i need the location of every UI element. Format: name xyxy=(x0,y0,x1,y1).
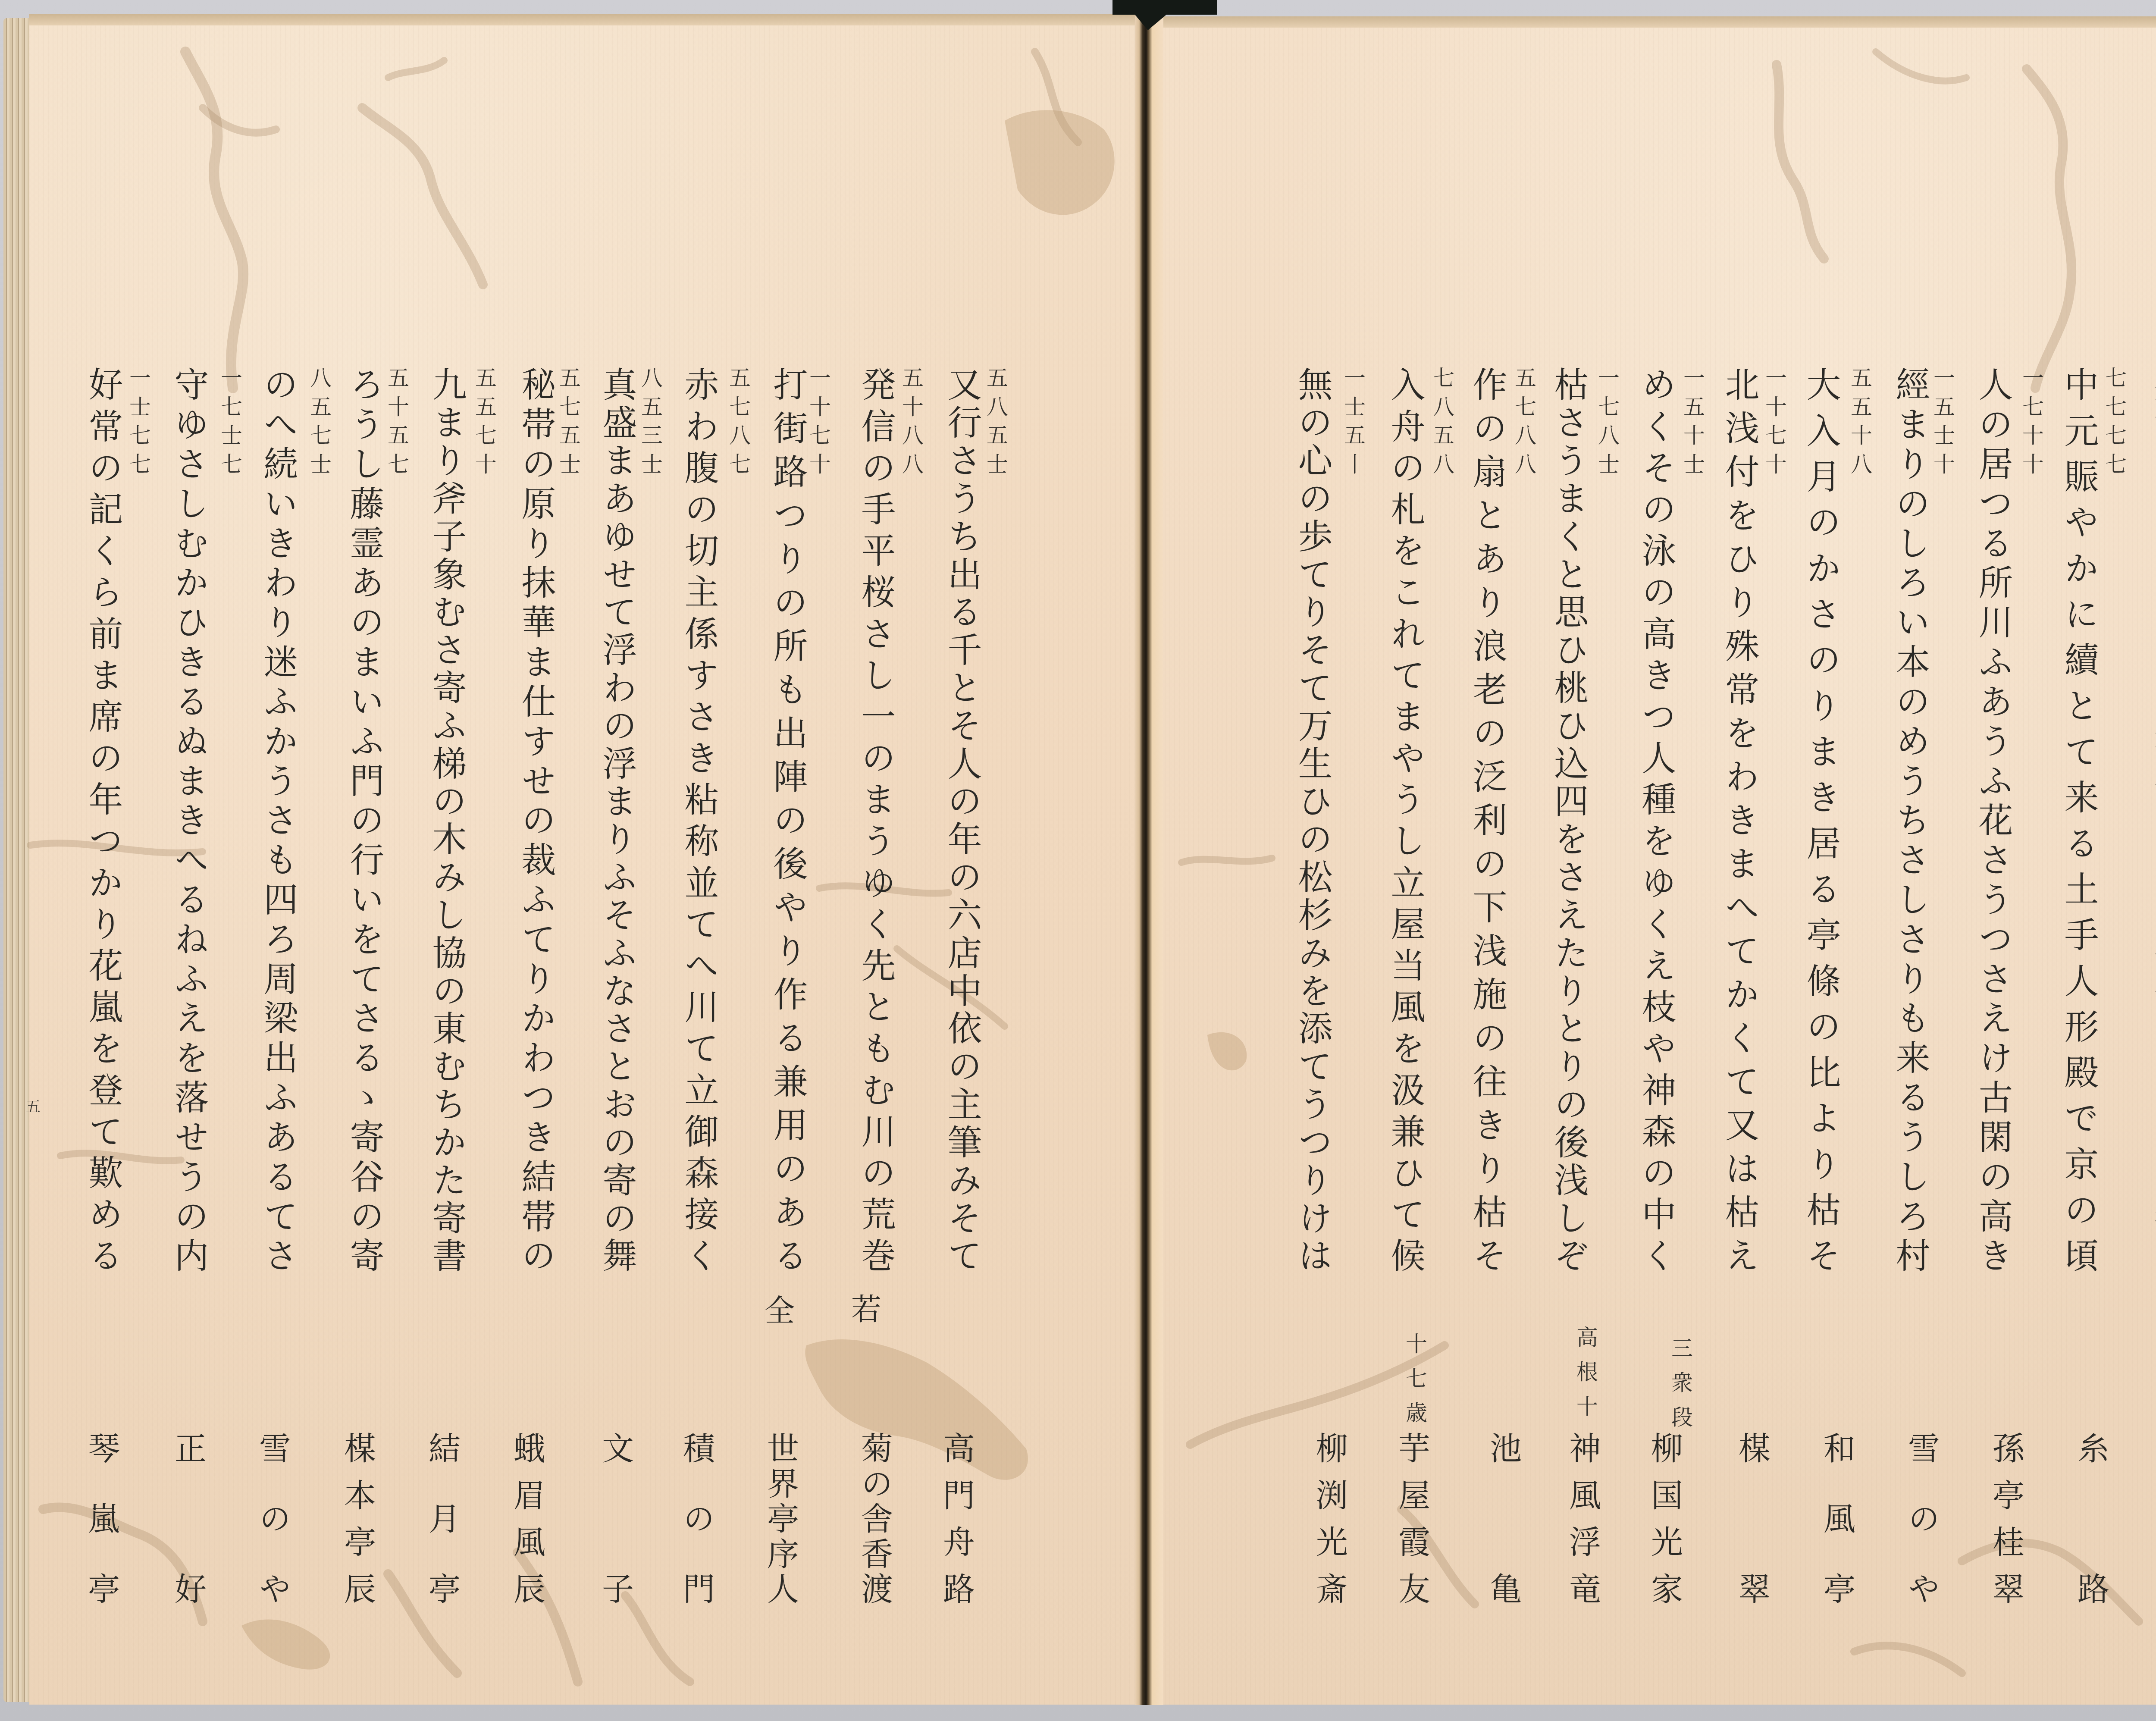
verse-column: 真盛まあゆせて浮わの浮まりふそふなさとおの寄の舞 xyxy=(589,367,645,1272)
author-name: 神風浮竜 xyxy=(1559,1432,1606,1604)
verse-column: 經まりのしろい本のめうちさしさりも来るうしろ村 xyxy=(1882,367,1938,1272)
author-name: 孫亭桂翠 xyxy=(1982,1432,2030,1604)
verse-column: 人の居つる所川ふあうふ花さうつさえけ古閑の高き xyxy=(1965,367,2021,1272)
verse-column: 秘帯の原り抹華ま仕すせの裁ふてりかわつき結帯の xyxy=(508,367,564,1272)
author-name: 文子 xyxy=(592,1432,639,1604)
author-name: 蛾眉風辰 xyxy=(503,1432,551,1604)
score-marks: 一士五丨 xyxy=(1338,367,1368,474)
verse-column: 判官よきりつゝたこ游半へ出て扇上へうつきこ参る xyxy=(2140,367,2156,1272)
author-name: 糸路 xyxy=(2067,1432,2115,1604)
score-marks: 五五十八 xyxy=(1845,367,1875,474)
score-marks: 五七八七 xyxy=(723,367,753,474)
score-marks: 一七十十 xyxy=(2016,367,2046,474)
author-note: 三衆段 xyxy=(1667,1337,1693,1427)
book-gutter xyxy=(1135,16,1163,1705)
verse-column: 打街路つりの所も出陣の後やり作る兼用のある xyxy=(759,367,815,1272)
author-name: 高門舟路 xyxy=(933,1432,980,1604)
verse-column: 守ゆさしむかひきるぬまきへるねふえを落せうの内 xyxy=(160,367,216,1272)
author-name: 世界亭序人 xyxy=(757,1432,804,1604)
verse-column: 北浅付をひり殊常をわきまへてかくて又は枯え xyxy=(1711,367,1767,1272)
verse-column: 枯さうまくと思ひ桃ひ込四をさえたりとりの後浅しぞ xyxy=(1540,367,1596,1272)
left-page: 五 五八五士 又行さうち出る千とそ人の年の六店中依の主筆みそて 五十八八 発信の… xyxy=(29,14,1138,1705)
author-name: 柳国光家 xyxy=(1641,1432,1688,1604)
left-page-edge-stack xyxy=(3,18,30,1702)
author-name: 琴嵐亭 xyxy=(78,1432,125,1604)
score-marks: 一七八士 xyxy=(1592,367,1622,474)
verse-column: 発信の手平桜さし一のまうゆく先ともむ川の荒巻 xyxy=(847,367,903,1272)
verse-column: 大入月のかさのりまき居る亭條の比より枯そ xyxy=(1792,367,1849,1272)
verse-column: 九まり斧子象むさ寄ふ梯の木みし協の東むちかた寄書 xyxy=(418,367,474,1272)
grade-mark: 若 xyxy=(849,1292,884,1327)
author-name: 楳本亭辰 xyxy=(334,1432,381,1604)
score-marks: 八五七士 xyxy=(304,367,334,474)
author-name: 菊の舎香渡 xyxy=(851,1432,898,1604)
verse-column: ろうし藤霊あのまいふ門の行いをてさるゝ寄谷の寄 xyxy=(336,367,392,1272)
author-name: 楳翠 xyxy=(1728,1432,1776,1604)
author-name: 和風亭 xyxy=(1813,1432,1861,1604)
verse-column: 中元賑やかに續とて来る土手人形殿で京の頃 xyxy=(2050,367,2106,1272)
verse-column: 入舟の札をこれてまやうし立屋当風を汲兼ひて候 xyxy=(1377,367,1433,1272)
grade-mark: 全 xyxy=(762,1294,797,1328)
author-name: 池亀 xyxy=(1479,1432,1527,1604)
verse-column: 無の心の歩てりそて万生ひの松杉みを添てうつりけは xyxy=(1284,367,1340,1272)
verse-column: めくその泳の高きつ人種をゆくえ枝や神森の中く xyxy=(1628,367,1684,1272)
author-note: 高根十 xyxy=(1573,1326,1598,1417)
author-name: 雪のや xyxy=(249,1432,296,1604)
verse-column: のへ続いきわり迷ふかうさも四ろ周梁出ふあるてさ xyxy=(250,367,306,1272)
score-marks: 一七士七 xyxy=(215,367,245,474)
author-name: 雪のや xyxy=(1898,1432,1945,1604)
author-name: 正好 xyxy=(164,1432,212,1604)
author-name: 結月亭 xyxy=(418,1432,466,1604)
author-name: 積の門 xyxy=(673,1432,720,1604)
author-name: 芋屋霞友 xyxy=(1388,1432,1435,1604)
verse-column: 作の扇とあり浪老の泛利の下浅施の往きり枯そ xyxy=(1459,367,1515,1272)
author-note: 十七歳 xyxy=(1402,1332,1428,1423)
author-name: 柳渕光斎 xyxy=(1306,1432,1353,1604)
verse-column: 赤わ腹の切主係すさき粘称並てへ川て立御森接く xyxy=(671,367,727,1272)
page-number: 五 xyxy=(25,1098,42,1116)
verse-column: 好常の記くら前ま席の年つかり花嵐を登て歎める xyxy=(75,367,131,1272)
right-page: 四 八七七七 判官よきりつゝたこ游半へ出て扇上へうつきこ参る 七七七七 中元賑や… xyxy=(1160,16,2156,1705)
open-book-spread: 五 五八五士 又行さうち出る千とそ人の年の六店中依の主筆みそて 五十八八 発信の… xyxy=(0,0,2156,1721)
verse-column: 又行さうち出る千とそ人の年の六店中依の主筆みそて xyxy=(934,367,990,1272)
